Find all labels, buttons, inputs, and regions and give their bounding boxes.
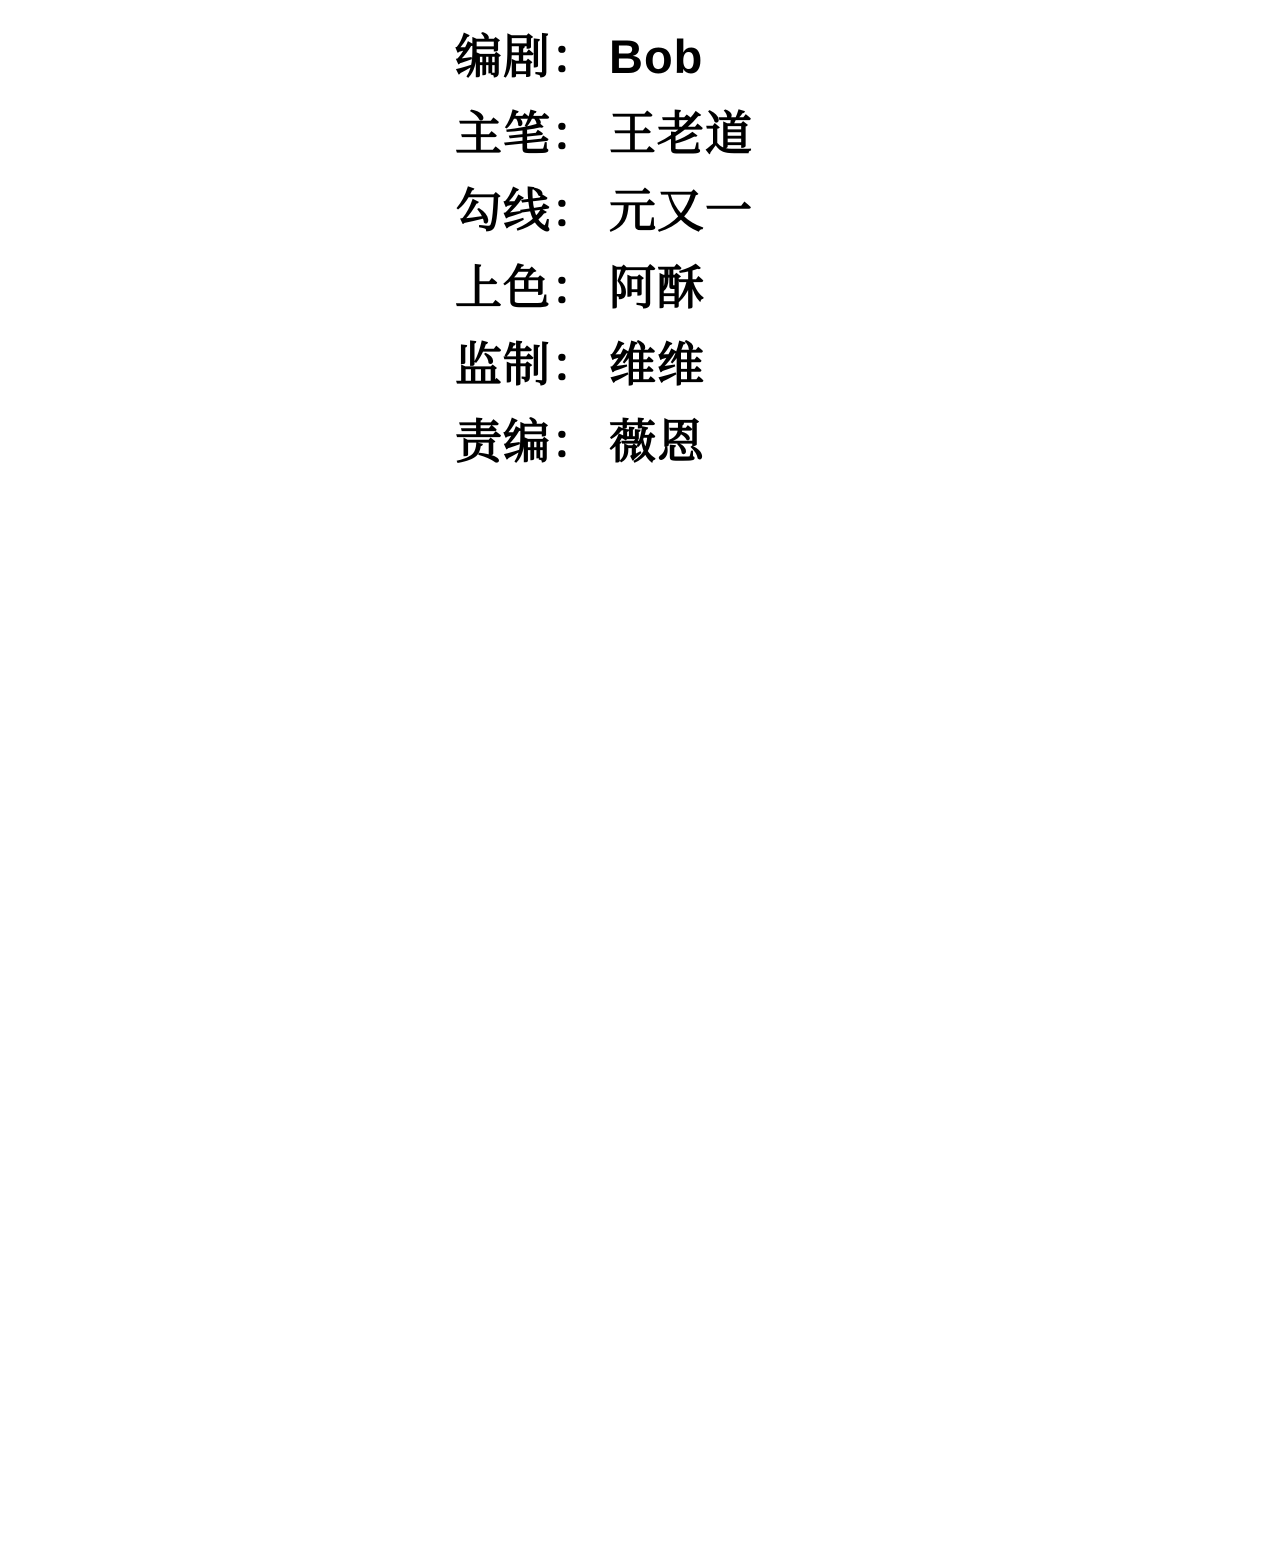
credit-line-editor: 责编：薇恩 — [455, 403, 753, 480]
credit-name: 维维 — [609, 341, 705, 388]
credit-separator: ： — [551, 33, 599, 80]
credit-line-coloring: 上色：阿酥 — [455, 249, 753, 326]
credit-line-scriptwriter: 编剧：Bob — [455, 18, 753, 95]
credit-separator: ： — [551, 110, 599, 157]
credit-name: 王老道 — [609, 110, 753, 157]
credit-line-line-art: 勾线：元又一 — [455, 172, 753, 249]
credit-name: 元又一 — [609, 187, 753, 234]
credit-name: 阿酥 — [609, 264, 705, 311]
credit-name: 薇恩 — [609, 418, 705, 465]
credit-role: 上色 — [455, 264, 551, 311]
credits-list: 编剧：Bob 主笔：王老道 勾线：元又一 上色：阿酥 监制：维维 责编：薇恩 — [455, 18, 753, 480]
credit-separator: ： — [551, 187, 599, 234]
page-background: 编剧：Bob 主笔：王老道 勾线：元又一 上色：阿酥 监制：维维 责编：薇恩 — [0, 0, 1280, 1566]
credit-separator: ： — [551, 418, 599, 465]
credit-role: 主笔 — [455, 110, 551, 157]
credit-line-lead-artist: 主笔：王老道 — [455, 95, 753, 172]
credit-name: Bob — [609, 33, 703, 80]
credit-role: 勾线 — [455, 187, 551, 234]
credit-line-supervisor: 监制：维维 — [455, 326, 753, 403]
credit-separator: ： — [551, 264, 599, 311]
credit-role: 编剧 — [455, 33, 551, 80]
credit-role: 责编 — [455, 418, 551, 465]
credit-separator: ： — [551, 341, 599, 388]
credit-role: 监制 — [455, 341, 551, 388]
